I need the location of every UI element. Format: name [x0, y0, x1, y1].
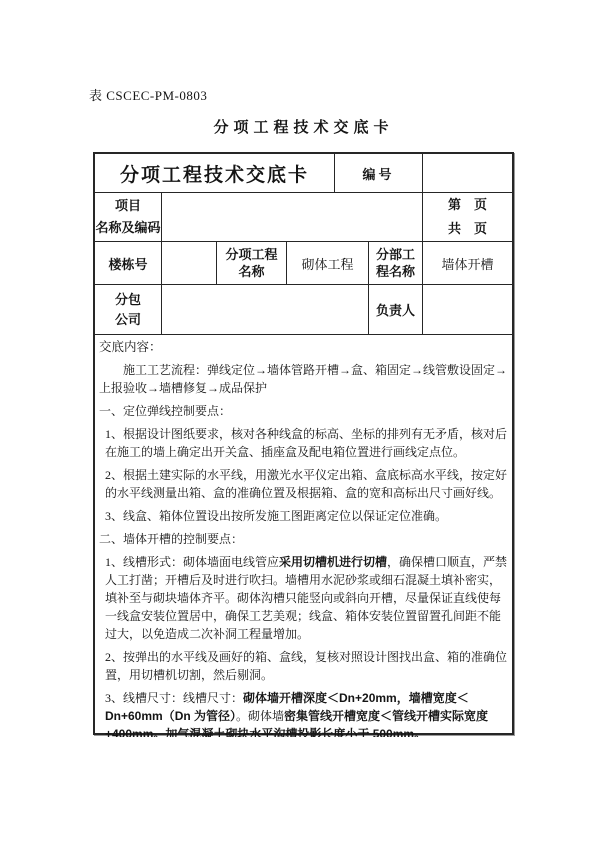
page-number-line1: 第 页	[448, 193, 487, 217]
division-name-label: 分部工 程名称	[369, 242, 423, 285]
building-no-value-cell	[162, 242, 217, 285]
card-title-cell: 分项工程技术交底卡	[95, 154, 335, 193]
content-paragraph: 施工工艺流程：弹线定位→墙体管路开槽→盒、箱固定→线管敷设固定→上报验收→墙槽修…	[99, 361, 508, 397]
content-paragraph: 2、按弹出的水平线及画好的箱、盒线，复核对照设计图找出盒、箱的准确位置，用切槽机…	[105, 648, 508, 684]
leader-value-cell	[423, 285, 512, 335]
building-no-label: 楼栋号	[95, 242, 162, 285]
content-paragraph: 1、线槽形式：砌体墙面电线管应采用切槽机进行切槽，确保槽口顺直，严禁人工打凿；开…	[105, 553, 508, 643]
number-value-cell	[423, 154, 512, 193]
subitem-name-value: 砌体工程	[287, 242, 369, 285]
project-name-label-line2: 名称及编码	[95, 217, 160, 239]
content-paragraph: 3、线槽尺寸：线槽尺寸：砌体墙开槽深度＜Dn+20mm，墙槽宽度＜Dn+60mm…	[105, 689, 508, 737]
subitem-name-label-line2: 名称	[238, 263, 264, 280]
technical-disclosure-card-table: 分项工程技术交底卡 编号 项目 名称及编码 第 页 共 页 楼栋号 分项工程 名…	[93, 152, 514, 735]
building-row: 楼栋号 分项工程 名称 砌体工程 分部工 程名称 墙体开槽	[95, 242, 512, 285]
project-name-label-line1: 项目	[115, 195, 141, 217]
content-paragraph: 2、根据土建实际的水平线，用激光水平仪定出箱、盒底标高水平线，按定好的水平线测量…	[105, 466, 508, 502]
leader-label: 负责人	[369, 285, 423, 335]
project-name-label: 项目 名称及编码	[95, 193, 162, 242]
subcontractor-label-line2: 公司	[115, 310, 141, 330]
content-paragraph: 3、线盒、箱体位置设出按所发施工图距离定位以保证定位准确。	[105, 507, 508, 525]
content-paragraphs: 施工工艺流程：弹线定位→墙体管路开槽→盒、箱固定→线管敷设固定→上报验收→墙槽修…	[99, 357, 508, 737]
content-paragraph: 1、根据设计图纸要求，核对各种线盒的标高、坐标的排列有无矛盾，核对后在施工的墙上…	[105, 425, 508, 461]
subcontractor-label: 分包 公司	[95, 285, 162, 335]
document-page: 表 CSCEC-PM-0803 分项工程技术交底卡 分项工程技术交底卡 编号 项…	[0, 0, 600, 849]
project-row: 项目 名称及编码 第 页 共 页	[95, 193, 512, 242]
division-name-value: 墙体开槽	[423, 242, 512, 285]
content-cell: 交底内容： 施工工艺流程：弹线定位→墙体管路开槽→盒、箱固定→线管敷设固定→上报…	[95, 335, 512, 737]
division-name-label-line2: 程名称	[376, 263, 415, 280]
subcontractor-value-cell	[162, 285, 369, 335]
subitem-name-label: 分项工程 名称	[217, 242, 287, 285]
content-paragraph: 一、定位弹线控制要点：	[99, 402, 508, 420]
content-paragraph: 二、墙体开槽的控制要点：	[99, 530, 508, 548]
subcontractor-label-line1: 分包	[115, 290, 141, 310]
division-name-label-line1: 分部工	[376, 246, 415, 263]
document-title: 分项工程技术交底卡	[93, 116, 514, 137]
content-row: 交底内容： 施工工艺流程：弹线定位→墙体管路开槽→盒、箱固定→线管敷设固定→上报…	[95, 335, 512, 737]
project-name-value-cell	[162, 193, 423, 242]
form-code-label: 表 CSCEC-PM-0803	[89, 85, 207, 104]
number-label: 编号	[335, 154, 423, 193]
content-label: 交底内容：	[99, 338, 508, 357]
subcontractor-row: 分包 公司 负责人	[95, 285, 512, 335]
subitem-name-label-line1: 分项工程	[225, 246, 277, 263]
page-number-cell: 第 页 共 页	[423, 193, 512, 242]
page-number-line2: 共 页	[448, 217, 487, 241]
header-row: 分项工程技术交底卡 编号	[95, 154, 512, 193]
